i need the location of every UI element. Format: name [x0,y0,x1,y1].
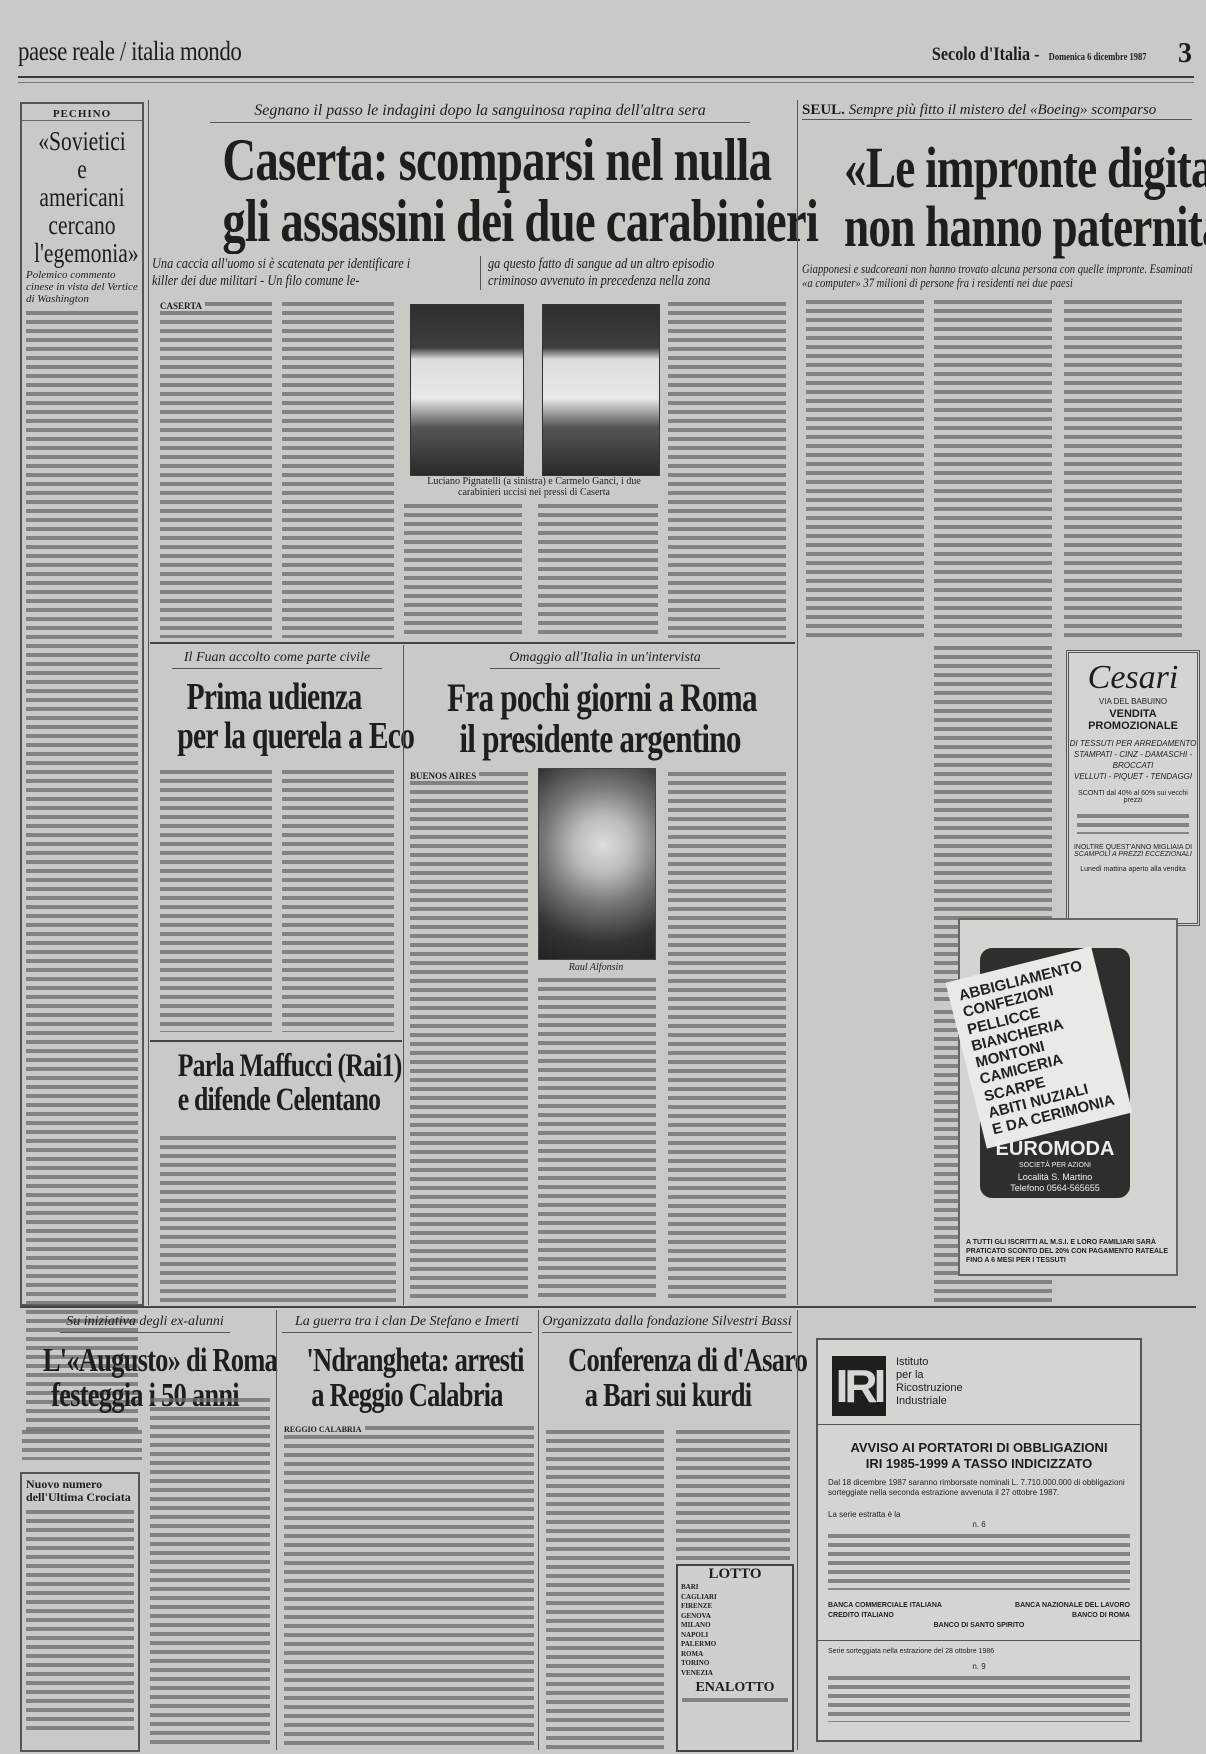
augusto-box-title: Nuovo numero dell'Ultima Crociata [22,1474,138,1508]
section-rule [150,642,795,644]
ndrangheta-kicker: La guerra tra i clan De Stefano e Imerti [282,1314,532,1333]
caserta-headline: Caserta: scomparsi nel nullagli assassin… [222,130,721,252]
column-rule [538,1310,539,1750]
lotto-city: VENEZIA [681,1669,789,1679]
euromoda-panel: ABBIGLIAMENTOCONFEZIONIPELLICCEBIANCHERI… [980,948,1130,1198]
cesari-line: STAMPATI - CINZ - DAMASCHI - BROCCATI [1069,749,1197,771]
headline-line: e difende Celentano [178,1084,375,1118]
section-title: paese reale / italia mondo [18,36,241,67]
augusto-kicker: Su iniziativa degli ex-alunni [60,1314,230,1333]
headline-line: Caserta: scomparsi nel nulla [222,130,721,191]
cesari-discount: SCONTI dal 40% al 60% sui vecchi prezzi [1069,790,1197,804]
enalotto-title: ENALOTTO [678,1680,792,1696]
euromoda-company: SOCIETÀ PER AZIONI [980,1162,1130,1169]
asaro-headline: Conferenza di d'Asaroa Bari sui kurdi [568,1344,768,1413]
lotto-city: GENOVA [681,1612,789,1622]
euromoda-footer: A TUTTI GLI ISCRITTI AL M.S.I. E LORO FA… [966,1238,1170,1265]
iri-bank-3: CREDITO ITALIANO [828,1612,894,1619]
sidebar-headline: «Sovieticie americanicercanol'egemonia» [34,127,130,267]
headline-line: per la querela a Eco [177,717,370,756]
iri-bank-2: BANCA NAZIONALE DEL LAVORO [1015,1602,1130,1609]
iri-serie-label: La serie estratta è la [828,1510,900,1519]
cesari-hours: Lunedì mattina aperto alla vendita [1069,866,1197,873]
column-rule [276,1310,277,1750]
lotto-city: CAGLIARI [681,1593,789,1603]
issue-date: Domenica 6 dicembre 1987 [1048,52,1146,63]
column-rule [797,1310,798,1750]
caserta-subhead-right: ga questo fatto di sangue ad un altro ep… [488,256,752,289]
paper-title: Secolo d'Italia [931,44,1029,65]
seul-body-col1 [806,300,924,640]
headline-line: gli assassini dei due carabinieri [222,191,721,252]
caserta-dateline: CASERTA [160,301,205,311]
fuan-headline: Prima udienzaper la querela a Eco [177,678,370,756]
lotto-city: MILANO [681,1621,789,1631]
cesari-product-lines: DI TESSUTI PER ARREDAMENTOSTAMPATI - CIN… [1069,738,1197,782]
caserta-body-col3 [404,504,522,638]
lotto-city: BARI [681,1583,789,1593]
argentino-dateline: BUENOS AIRES [410,771,479,781]
lotto-city: NAPOLI [681,1631,789,1641]
argentino-body-col2 [538,978,656,1302]
cesari-line: VELLUTI - PIQUET - TENDAGGI [1069,771,1197,782]
iri-title-line: IRI 1985-1999 A TASSO INDICIZZATO [818,1456,1140,1472]
euromoda-location: Località S. Martino [980,1172,1130,1182]
iri-org-name: Istitutoper laRicostruzioneIndustriale [896,1356,963,1408]
lotto-results: BARICAGLIARIFIRENZEGENOVAMILANONAPOLIPAL… [678,1583,792,1678]
augusto-intro [22,1430,142,1460]
iri-divider [818,1424,1140,1425]
column-rule [797,100,798,1305]
maffucci-body [160,1136,396,1302]
headline-line: L'«Augusto» di Roma [43,1344,247,1379]
iri-title-line: AVVISO AI PORTATORI DI OBBLIGAZIONI [818,1440,1140,1456]
fuan-body-col2 [282,770,394,1032]
lotto-city: TORINO [681,1659,789,1669]
seul-body-col2 [934,300,1052,640]
dateline: PECHINO [22,108,142,121]
euromoda-brand: EUROMODA [980,1138,1130,1161]
seul-kicker: SEUL. Sempre più fitto il mistero del «B… [802,102,1192,120]
cesari-title: VENDITA PROMOZIONALE [1069,708,1197,732]
cesari-footer2: SCAMPOLI A PREZZI ECCEZIONALI [1069,851,1197,858]
headline-line: Conferenza di d'Asaro [568,1344,768,1379]
column-rule [148,100,149,1305]
masthead-rule [18,76,1194,78]
euromoda-tag: ABBIGLIAMENTOCONFEZIONIPELLICCEBIANCHERI… [946,946,1133,1148]
sidebar-body-text [26,311,138,1431]
ndrangheta-dateline: REGGIO CALABRIA [284,1425,365,1434]
headline-line: il presidente argentino [447,719,753,760]
caserta-kicker: Segnano il passo le indagini dopo la san… [210,102,750,123]
asaro-body-col2 [676,1430,790,1560]
caserta-body-col4 [538,504,658,638]
headline-line: a Reggio Calabria [306,1379,507,1414]
cesari-address: VIA DEL BABUINO [1069,697,1197,706]
seul-kicker-place: SEUL. [802,102,845,118]
cesari-brand: Cesari [1069,659,1197,697]
sidebar-subhead: Polemico commento cinese in vista del Ve… [22,267,142,307]
section-rule [150,1040,402,1042]
iri-bank-1: BANCA COMMERCIALE ITALIANA [828,1602,942,1609]
headline-line: cercano [34,211,130,239]
subhead-divider [480,256,481,290]
headline-line: Parla Maffucci (Rai1) [178,1050,375,1084]
seul-subhead: Giapponesi e sudcoreani non hanno trovat… [802,262,1193,291]
iri-divider-2 [818,1640,1140,1641]
cesari-price-table [1077,814,1189,834]
headline-line: 'Ndrangheta: arresti [306,1344,507,1379]
ndrangheta-body [284,1426,534,1750]
iri-org-line: Industriale [896,1395,963,1408]
augusto-box: Nuovo numero dell'Ultima Crociata [20,1472,140,1752]
iri-org-line: per la [896,1369,963,1382]
page-number: 3 [1178,38,1192,70]
photo-pignatelli [410,304,524,476]
fuan-kicker: Il Fuan accolto come parte civile [172,650,382,669]
iri-serie-num: n. 6 [818,1520,1140,1529]
ad-iri: IRI Istitutoper laRicostruzioneIndustria… [816,1338,1142,1742]
headline-line: e americani [34,155,130,211]
ndrangheta-headline: 'Ndrangheta: arrestia Reggio Calabria [306,1344,507,1413]
seul-body-col3 [1064,300,1182,640]
seul-kicker-text: Sempre più fitto il mistero del «Boeing»… [849,102,1157,118]
photo-alfonsin [538,768,656,960]
paper-name: Secolo d'Italia - Domenica 6 dicembre 19… [931,44,1146,66]
column-rule [403,645,404,1305]
caserta-photo-caption: Luciano Pignatelli (a sinistra) e Carmel… [406,476,662,498]
argentino-body-col1 [410,772,528,1302]
argentino-kicker: Omaggio all'Italia in un'intervista [490,650,720,669]
iri-logo: IRI [832,1356,886,1416]
augusto-box-text [26,1510,134,1730]
sidebar-pechino: PECHINO «Sovieticie americanicercanol'eg… [20,102,144,1306]
iri-intro: Dal 18 dicembre 1987 saranno rimborsate … [828,1478,1130,1498]
iri-title: AVVISO AI PORTATORI DI OBBLIGAZIONIIRI 1… [818,1440,1140,1472]
headline-line: non hanno paternità» [844,197,1156,256]
iri-bank-5: BANCO DI SANTO SPIRITO [818,1622,1140,1629]
photo-ganci [542,304,660,476]
iri-notice-text [828,1534,1130,1590]
maffucci-headline: Parla Maffucci (Rai1)e difende Celentano [178,1050,375,1117]
augusto-body [150,1398,270,1748]
headline-line: l'egemonia» [34,239,130,267]
lotto-box: LOTTO BARICAGLIARIFIRENZEGENOVAMILANONAP… [676,1564,794,1752]
masthead-rule-thin [18,82,1194,83]
enalotto-results [682,1698,788,1706]
argentino-body-col3 [668,772,786,1302]
argentino-photo-caption: Raul Alfonsin [538,962,654,973]
headline-line: Fra pochi giorni a Roma [447,678,753,719]
euromoda-phone: Telefono 0564-565655 [980,1183,1130,1193]
asaro-kicker: Organizzata dalla fondazione Silvestri B… [542,1314,792,1333]
iri-serie2-label: Serie sorteggiata nella estrazione del 2… [828,1648,994,1655]
lotto-city: PALERMO [681,1640,789,1650]
cesari-footer1: INOLTRE QUEST'ANNO MIGLIAIA DI [1069,844,1197,851]
iri-notice-text-2 [828,1676,1130,1722]
iri-org-line: Ricostruzione [896,1382,963,1395]
ad-euromoda: ABBIGLIAMENTOCONFEZIONIPELLICCEBIANCHERI… [958,918,1178,1276]
headline-line: a Bari sui kurdi [568,1379,768,1414]
headline-line: Prima udienza [177,678,370,717]
seul-headline: «Le impronte digitalinon hanno paternità… [844,138,1156,256]
iri-bank-4: BANCO DI ROMA [1072,1612,1130,1619]
iri-org-line: Istituto [896,1356,963,1369]
caserta-body-col2 [282,302,394,638]
ad-cesari: Cesari VIA DEL BABUINO VENDITA PROMOZION… [1066,650,1200,926]
lotto-title: LOTTO [678,1566,792,1583]
headline-line: «Sovietici [34,127,130,155]
cesari-line: DI TESSUTI PER ARREDAMENTO [1069,738,1197,749]
headline-line: «Le impronte digitali [844,138,1156,197]
lotto-city: ROMA [681,1650,789,1660]
section-rule [20,1306,1196,1308]
asaro-body-col1 [546,1430,664,1750]
iri-serie2-num: n. 9 [818,1662,1140,1671]
caserta-body-col1 [160,302,272,638]
argentino-headline: Fra pochi giorni a Romail presidente arg… [447,678,753,760]
fuan-body-col1 [160,770,272,1032]
lotto-city: FIRENZE [681,1602,789,1612]
caserta-subhead-left: Una caccia all'uomo si è scatenata per i… [152,256,424,289]
caserta-body-col5 [668,302,786,638]
